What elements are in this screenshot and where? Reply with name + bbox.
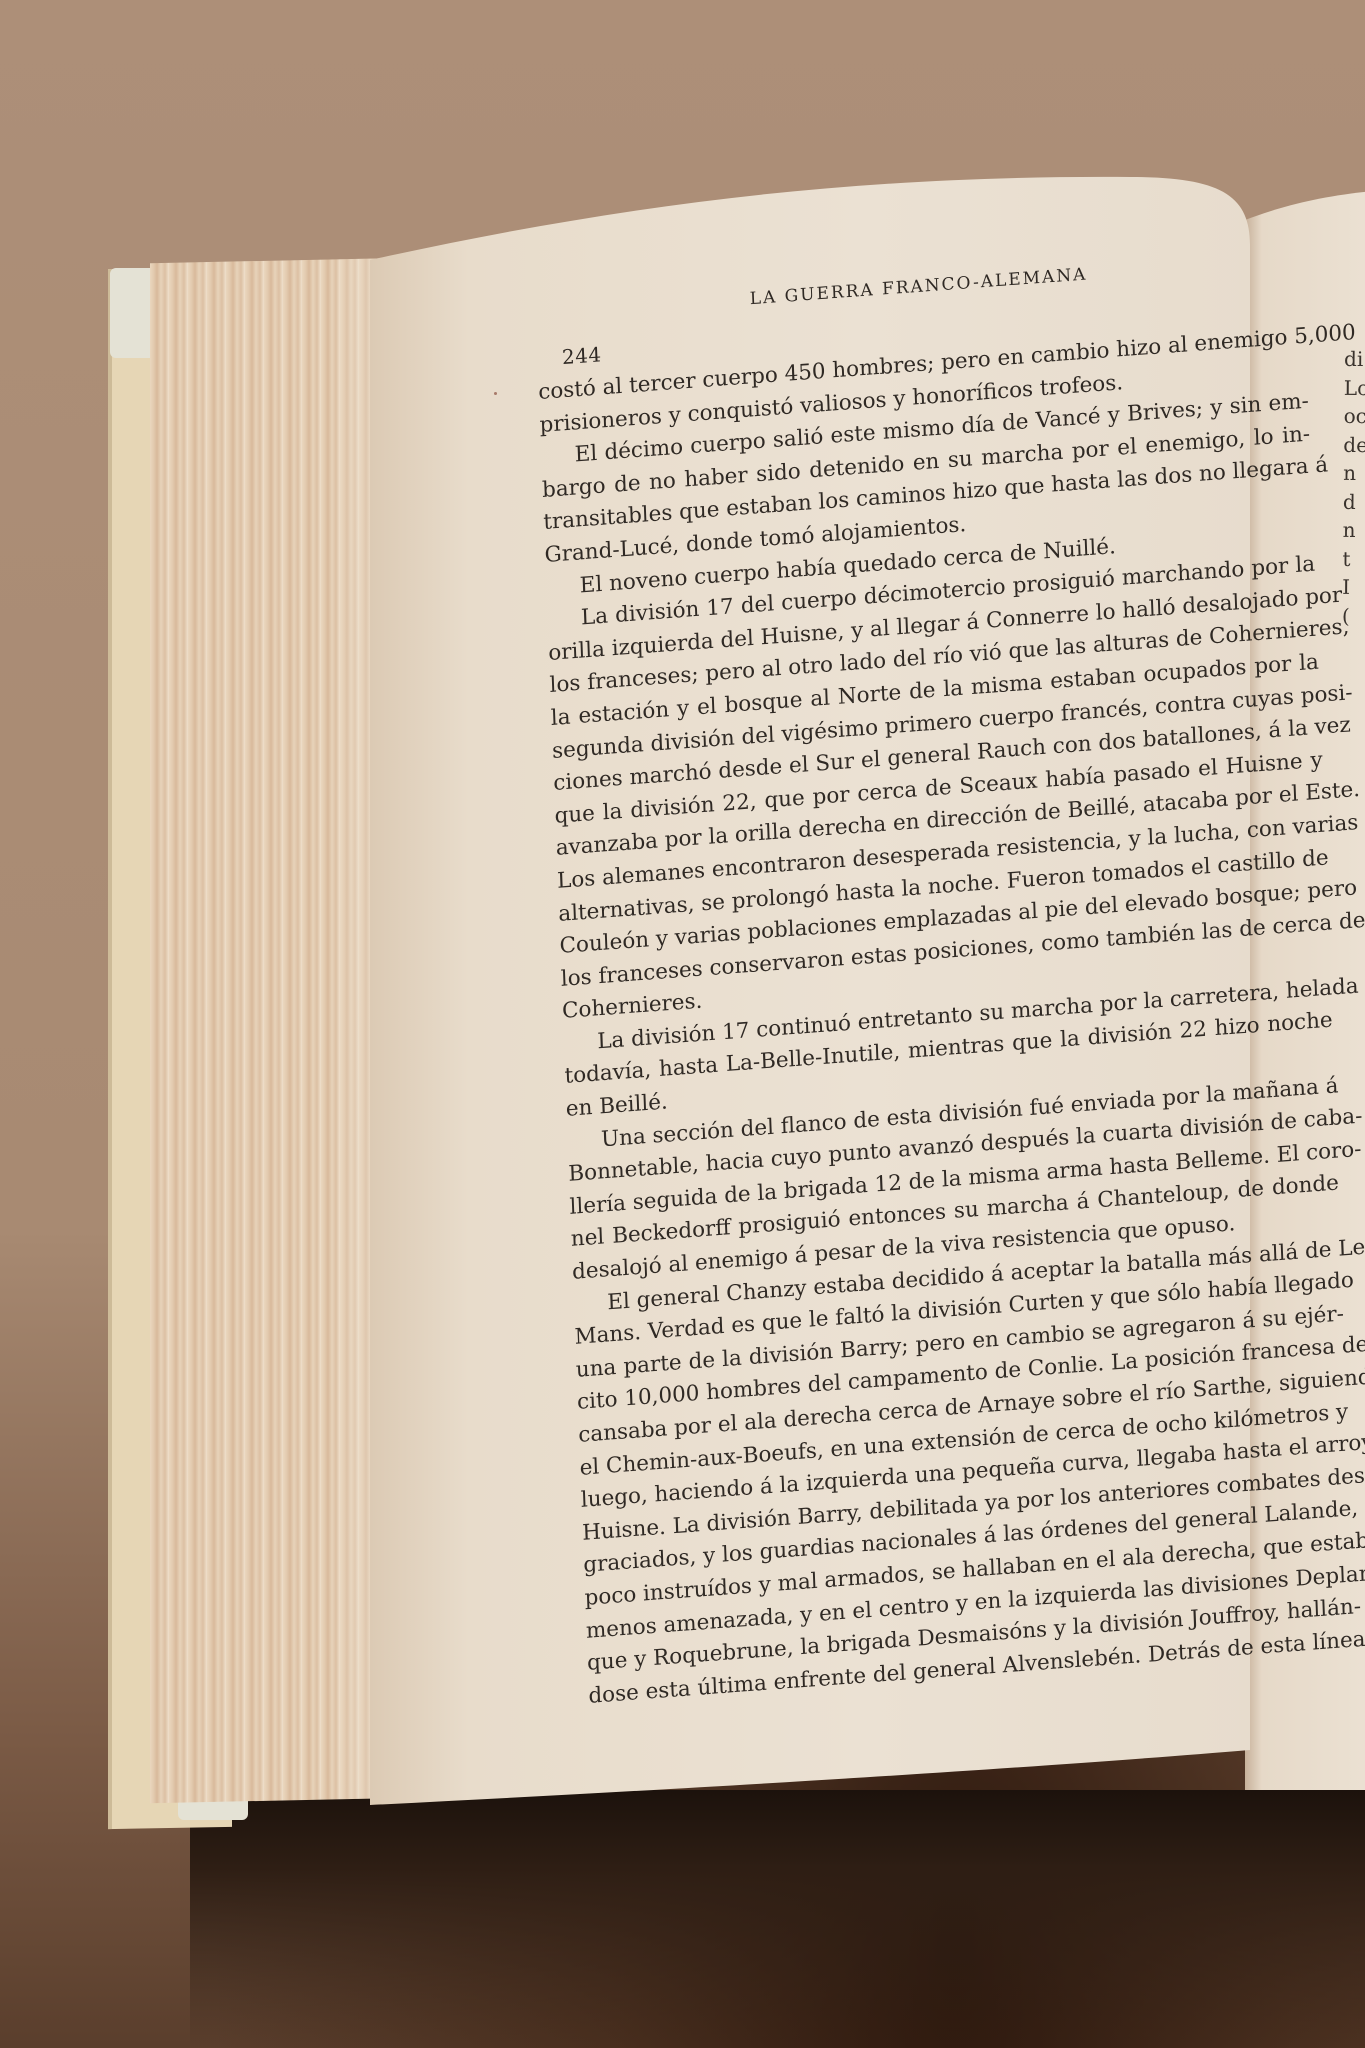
facing-page-fragment: n: [1343, 459, 1365, 488]
facing-page-fragment: d: [1343, 487, 1365, 516]
facing-page-text-fragments: diLoocdendntI(: [1342, 345, 1365, 630]
paper-speck: [494, 392, 497, 395]
facing-page-fragment: t: [1342, 544, 1365, 573]
facing-page-fragment: n: [1343, 516, 1365, 545]
book-shadow: [190, 1790, 1365, 2048]
body-text: costó al tercer cuerpo 450 hombres; pero…: [538, 321, 1357, 1714]
page-number: 244: [562, 342, 603, 369]
facing-page-fragment: I: [1342, 573, 1365, 602]
page-content: 244 LA GUERRA FRANCO-ALEMANA costó al te…: [535, 249, 1357, 1714]
facing-page-fragment: de: [1343, 430, 1365, 459]
facing-page-fragment: oc: [1343, 402, 1365, 431]
facing-page-fragment: Lo: [1344, 373, 1365, 402]
facing-page-fragment: di: [1344, 345, 1365, 374]
